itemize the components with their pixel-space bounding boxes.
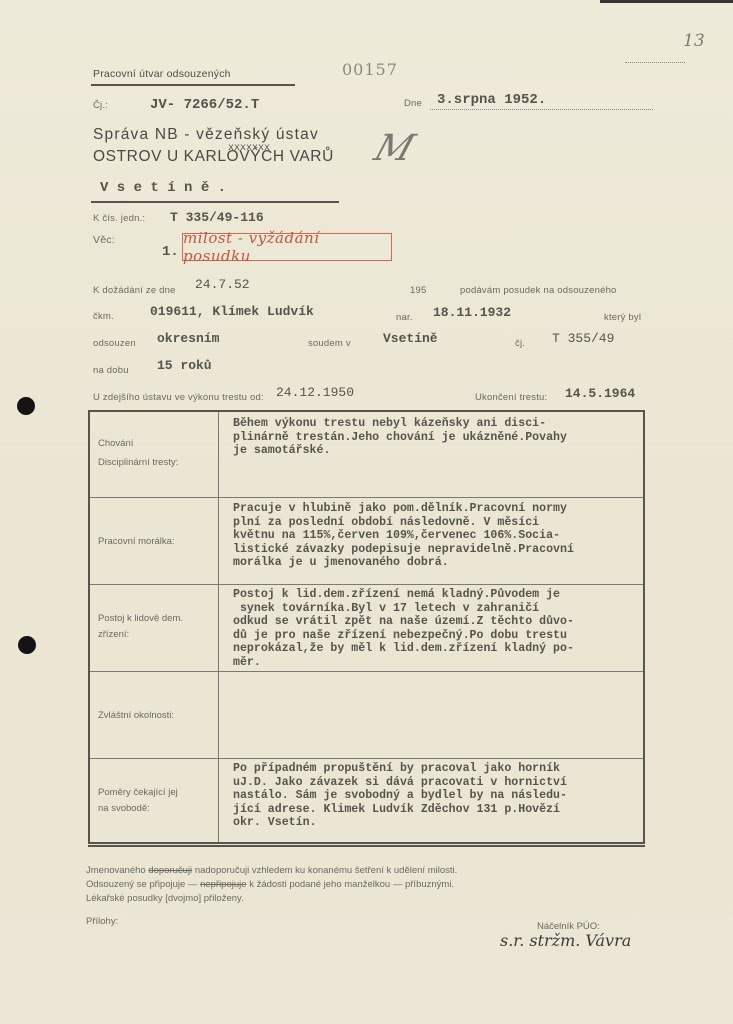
since-label: U zdejšího ústavu ve výkonu trestu od:: [93, 392, 264, 403]
page-mark-line: [625, 62, 685, 63]
struck-word: doporučuji: [148, 865, 192, 876]
since-value: 24.12.1950: [276, 385, 354, 400]
date-line: [430, 109, 653, 110]
cj-value: T 355/49: [552, 331, 614, 346]
unit-underline: [91, 84, 295, 86]
assessment-table: Chování Disciplinární tresty: Během výko…: [88, 410, 645, 844]
punch-hole-icon: [18, 636, 36, 654]
row-label: Chování Disciplinární tresty:: [98, 434, 178, 472]
recommendation-line: Jmenovaného doporučuji nadoporučuji vzhl…: [86, 863, 457, 878]
date-label: Dne: [404, 98, 422, 109]
table-row-political-attitude: Postoj k lidově dem. zřízení: Postoj k l…: [90, 585, 643, 672]
case-ref-label: K čís. jedn.:: [93, 213, 145, 224]
signature: s.r. stržm. Vávra: [500, 931, 631, 950]
table-row-behavior: Chování Disciplinární tresty: Během výko…: [90, 412, 643, 498]
cj-label: čj.: [515, 338, 525, 349]
table-bottom-rule: [88, 845, 645, 847]
court-label: soudem v: [308, 338, 351, 349]
medical-reports-line: Lékařské posudky [dvojmo] přiloženy.: [86, 891, 244, 906]
row-text: Postoj k lid.dem.zřízení nemá kladný.Pův…: [233, 588, 653, 669]
attachments-label: Přílohy:: [86, 914, 118, 929]
who-was-label: který byl: [604, 312, 641, 323]
table-row-conditions-after-release: Poměry čekající jej na svobodě: Po přípa…: [90, 759, 643, 844]
year-prefix: 195: [410, 285, 426, 296]
ref-value: JV- 7266/52.T: [150, 97, 259, 113]
born-value: 18.11.1932: [433, 305, 511, 320]
punch-hole-icon: [17, 397, 35, 415]
unit-label: Pracovní útvar odsouzených: [93, 68, 231, 80]
request-suffix: podávám posudek na odsouzeného: [460, 285, 617, 296]
subject-stamp: milost - vyžádání posudku: [182, 233, 392, 261]
born-label: nar.: [396, 312, 413, 323]
row-text: Po případném propuštění by pracoval jako…: [233, 762, 653, 830]
row-label: Zvláštní okolnosti:: [98, 706, 174, 725]
case-ref-value: T 335/49-116: [170, 210, 264, 225]
end-label: Ukončení trestu:: [475, 392, 547, 403]
ckm-value: 019611, Klímek Ludvík: [150, 304, 314, 319]
initial-mark: M: [369, 128, 419, 169]
court-place: Vsetíně: [383, 331, 438, 346]
serial-stamp: 00157: [342, 60, 398, 79]
scan-edge: [600, 0, 733, 3]
table-row-special-circumstances: Zvláštní okolnosti:: [90, 672, 643, 759]
row-label: Pracovní morálka:: [98, 532, 175, 551]
page-mark: 13: [683, 31, 705, 51]
request-label: K dožádání ze dne: [93, 285, 176, 296]
date-value: 3.srpna 1952.: [437, 92, 546, 108]
row-text: Pracuje v hlubině jako pom.dělník.Pracov…: [233, 502, 653, 570]
addressee: V s e t í n ě .: [100, 180, 226, 196]
court-type: okresním: [157, 331, 219, 346]
row-label: Poměry čekající jej na svobodě:: [98, 785, 178, 817]
row-label: Postoj k lidově dem. zřízení:: [98, 611, 183, 643]
table-row-work-morale: Pracovní morálka: Pracuje v hlubině jako…: [90, 498, 643, 585]
sentenced-label: odsouzen: [93, 338, 136, 349]
struck-word: nepřipojuje: [200, 879, 246, 890]
institution-line-1: Správa NB - vězeňský ústav: [93, 126, 319, 144]
term-label: na dobu: [93, 365, 129, 376]
joining-line: Odsouzený se připojuje — nepřipojuje k ž…: [86, 877, 454, 892]
subject-number: 1.: [162, 244, 179, 260]
document-page: Pracovní útvar odsouzených 00157 13 Čj.:…: [0, 0, 733, 1024]
ref-label: Čj.:: [93, 100, 108, 111]
institution-line-2: OSTROV U KARLOVÝCH VARŮ: [93, 148, 334, 166]
subject-label: Věc:: [93, 234, 115, 246]
row-text: Během výkonu trestu nebyl kázeňsky ani d…: [233, 417, 653, 458]
ckm-label: čkm.: [93, 311, 114, 322]
term-value: 15 roků: [157, 358, 212, 373]
institution-overstrike: xxxxxxx: [228, 143, 270, 154]
end-value: 14.5.1964: [565, 386, 635, 401]
addressee-underline: [91, 201, 339, 203]
request-date: 24.7.52: [195, 277, 250, 292]
